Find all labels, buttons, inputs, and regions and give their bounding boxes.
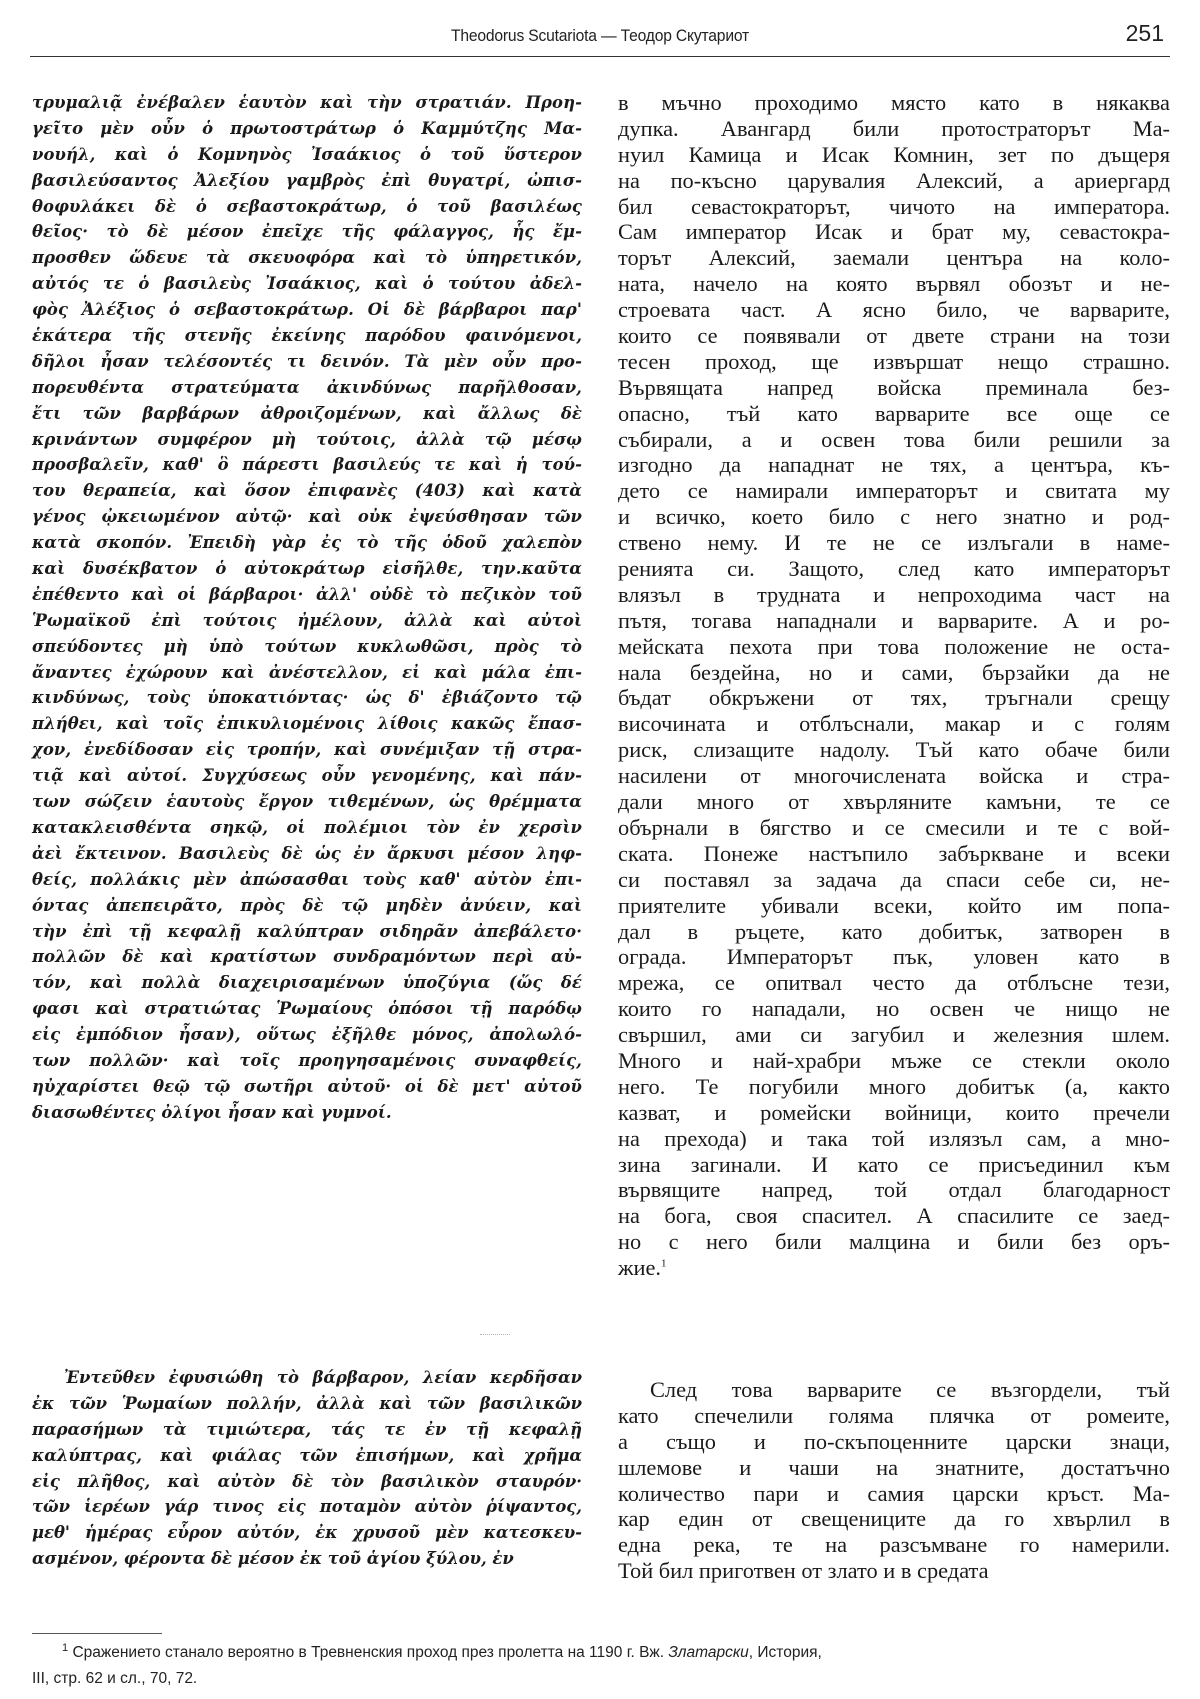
- text-line: си поставял за задача да спаси себе си, …: [618, 867, 1170, 893]
- text-line: ἀεὶ ἔκτεινον. Βασιλεὺς δὲ ὡς ἐν ἄρκυσι μ…: [32, 841, 582, 867]
- text-line: μεθ' ἡμέρας εὗρον αὐτόν, ἐκ χρυσοῦ μὲν κ…: [32, 1520, 582, 1546]
- text-line: γένος ᾠκειωμένον αὐτῷ· καὶ οὐκ ἐψεύσθησα…: [32, 504, 582, 530]
- footnote-line-1: 1 Сражението станало вероятно в Тревненс…: [32, 1641, 1172, 1667]
- text-line: κατακλεισθέντα σηκῷ, οἱ πολέμιοι τὸν ἐν …: [32, 815, 582, 841]
- text-line: и всичко, което било с него знатно и род…: [618, 504, 1170, 530]
- text-line: ἑκάτερα τῆς στενῆς ἐκείνης παρόδου φαινό…: [32, 323, 582, 349]
- text-line: ствено нему. И те не се излъгали в наме-: [618, 530, 1170, 556]
- text-line: него. Те погубили много добитък (а, какт…: [618, 1074, 1170, 1100]
- text-line: τῶν ἱερέων γάρ τινος εἰς ποταμὸν αὐτὸν ῥ…: [32, 1494, 582, 1520]
- text-line: Ῥωμαϊκοῦ ἐπὶ τούτοις ἠμέλουν, ἀλλὰ καὶ α…: [32, 608, 582, 634]
- footnote: 1 Сражението станало вероятно в Тревненс…: [32, 1641, 1172, 1693]
- text-line: των πολλῶν· καὶ τοῖς προηγησαμένοις συνα…: [32, 1048, 582, 1074]
- text-line: на по-късно царувалия Алексий, а ариерга…: [618, 168, 1170, 194]
- text-line: дето се намирали императорът и свитата м…: [618, 478, 1170, 504]
- text-line: в мъчно проходимо място като в някаква: [618, 90, 1170, 116]
- text-line: πολλῶν δὲ καὶ κρατίστων συνδραμόντων περ…: [32, 944, 582, 970]
- text-line: όντας ἀπεπειρᾶτο, πρὸς δὲ τῷ μηδὲν ἀνύει…: [32, 893, 582, 919]
- text-line: които се появявали от двете страни на то…: [618, 323, 1170, 349]
- text-line: ската. Понеже настъпило забъркване и все…: [618, 841, 1170, 867]
- text-line: Ἐντεῦθεν ἐφυσιώθη τὸ βάρβαρον, λείαν κερ…: [32, 1365, 582, 1391]
- print-artifact: [480, 1328, 510, 1335]
- text-line: ἄναντες ἐχώρουν καὶ ἀνέστελλον, εἰ καὶ μ…: [32, 660, 582, 686]
- greek-text-paragraph-2: Ἐντεῦθεν ἐφυσιώθη τὸ βάρβαρον, λείαν κερ…: [32, 1365, 582, 1572]
- text-line: кар един от свещениците да го хвърлил в: [618, 1506, 1170, 1532]
- text-line: χον, ἐνεδίδοσαν εἰς τροπήν, καὶ συνέμιξα…: [32, 737, 582, 763]
- footnote-reference: 1: [661, 1258, 667, 1270]
- text-line: φασι καὶ στρατιώτας Ῥωμαίους ὁπόσοι τῇ π…: [32, 996, 582, 1022]
- text-line: κρινάντων συμφέρον μὴ τούτοις, ἀλλὰ τῷ μ…: [32, 427, 582, 453]
- text-line: а също и по-скъпоценните царски знаци,: [618, 1429, 1170, 1455]
- text-line: казват, и ромейски войници, които пречел…: [618, 1100, 1170, 1126]
- text-line: дупка. Авангард били протостраторът Ма-: [618, 116, 1170, 142]
- text-line: τόν, καὶ πολλὰ διαχειρισαμένων ὑποζύγια …: [32, 970, 582, 996]
- text-line: Много и най-храбри мъже се стекли около: [618, 1048, 1170, 1074]
- text-line: παρασήμων τὰ τιμιώτερα, τάς τε ἐν τῇ κεφ…: [32, 1417, 582, 1443]
- text-line: του θεραπεία, καὶ ὅσον ἐπιφανὲς (403) κα…: [32, 478, 582, 504]
- text-line: ἐκ τῶν Ῥωμαίων πολλήν, ἀλλὰ καὶ τῶν βασι…: [32, 1391, 582, 1417]
- text-line: количество пари и самия царски кръст. Ма…: [618, 1481, 1170, 1507]
- text-line: αὐτός τε ὁ βασιλεὺς Ἰσαάκιος, καὶ ὁ τούτ…: [32, 271, 582, 297]
- text-line: шлемове и чаши на знатните, достатъчно: [618, 1455, 1170, 1481]
- text-line: ηὐχαρίστει θεῷ τῷ σωτῆρι αὐτοῦ· οἱ δὲ με…: [32, 1074, 582, 1100]
- text-line: бъдат обкръжени от тях, тръгнали срещу: [618, 685, 1170, 711]
- footnote-line-2: III, стр. 62 и сл., 70, 72.: [32, 1667, 1172, 1693]
- text-line: свършил, ами си загубил и железния шлем.: [618, 1022, 1170, 1048]
- text-line: Той бил приготвен от злато и в средата: [618, 1558, 1170, 1584]
- text-line: торът Алексий, заемали центъра на коло-: [618, 245, 1170, 271]
- running-title: Theodorus Scutariota — Теодор Скутариот: [76, 26, 1125, 46]
- text-line: които го нападали, но освен че нищо не: [618, 996, 1170, 1022]
- text-line: зина загинали. И като се присъединил към: [618, 1152, 1170, 1178]
- text-line: βασιλεύσαντος Ἀλεξίου γαμβρὸς ἐπὶ θυγατρ…: [32, 168, 582, 194]
- text-line: риск, слизащите надолу. Тъй като обаче б…: [618, 737, 1170, 763]
- text-line: θοφυλάκει δὲ ὁ σεβαστοκράτωρ, ὁ τοῦ βασι…: [32, 194, 582, 220]
- text-line: мейската пехота при това положение не ос…: [618, 634, 1170, 660]
- text-line: изгодно да нападнат не тях, а центъра, к…: [618, 452, 1170, 478]
- text-line: опасно, тъй като варварите все още се: [618, 401, 1170, 427]
- text-line: като спечелили голяма плячка от ромеите,: [618, 1403, 1170, 1429]
- text-line: височината и отблъснали, макар и с голям: [618, 711, 1170, 737]
- text-line: τιᾷ καὶ αὐτοί. Συγχύσεως οὖν γενομένης, …: [32, 763, 582, 789]
- text-line: мрежа, се опитвал често да отблъсне тези…: [618, 970, 1170, 996]
- text-line: нуил Камица и Исак Комнин, зет по дъщеря: [618, 142, 1170, 168]
- text-line: ασμένον, φέροντα δὲ μέσον ἐκ τοῦ ἁγίου ξ…: [32, 1546, 582, 1572]
- text-line: θεῖος· τὸ δὲ μέσον ἐπεῖχε τῆς φάλαγγος, …: [32, 219, 582, 245]
- text-line: ренията си. Защото, след като императоръ…: [618, 556, 1170, 582]
- text-line: пътя, тогава нападнали и варварите. А и …: [618, 608, 1170, 634]
- text-line: ната, начело на която вървял обозът и не…: [618, 271, 1170, 297]
- text-line: τρυμαλιᾷ ἐνέβαλεν ἑαυτὸν καὶ τὴν στρατιά…: [32, 90, 582, 116]
- text-line: приятелите убивали всеки, който им попа-: [618, 893, 1170, 919]
- text-line: строевата част. А ясно било, че варварит…: [618, 297, 1170, 323]
- text-line: След това варварите се възгордели, тъй: [618, 1377, 1170, 1403]
- footnote-text-tail: , История,: [749, 1644, 822, 1661]
- text-line: εἰς ἐμπόδιον ἦσαν), οὕτως ἐξῆλθε μόνος, …: [32, 1022, 582, 1048]
- text-line: бил севастократорът, чичото на император…: [618, 194, 1170, 220]
- text-line: νουήλ, καὶ ὁ Κομνηνὸς Ἰσαάκιος ὁ τοῦ ὕστ…: [32, 142, 582, 168]
- text-line: Вървящата напред войска преминала без-: [618, 375, 1170, 401]
- text-line: една река, те на разсъмване го намерили.: [618, 1532, 1170, 1558]
- running-header: Theodorus Scutariota — Теодор Скутариот …: [30, 20, 1170, 60]
- text-line: тесен проход, ще извършат нещо страшно.: [618, 349, 1170, 375]
- text-line: φὸς Ἀλέξιος ὁ σεβαστοκράτωρ. Οἱ δὲ βάρβα…: [32, 297, 582, 323]
- text-line: но с него били малцина и били без оръ-: [618, 1229, 1170, 1255]
- text-line: дал в ръцете, като добитък, затворен в: [618, 919, 1170, 945]
- greek-text-column: τρυμαλιᾷ ἐνέβαλεν ἑαυτὸν καὶ τὴν στρατιά…: [32, 90, 582, 1126]
- text-line: προσθεν ὥδευε τὰ σκευοφόρα καὶ τὸ ὑπηρετ…: [32, 245, 582, 271]
- text-line: влязъл в трудната и непроходима част на: [618, 582, 1170, 608]
- text-line: των σώζειν ἑαυτοὺς ἔργον τιθεμένων, ὡς θ…: [32, 789, 582, 815]
- footnote-marker: 1: [62, 1642, 68, 1654]
- text-line: γεῖτο μὲν οὖν ὁ πρωτοστράτωρ ὁ Καμμύτζης…: [32, 116, 582, 142]
- text-line: на прехода) и така той излязъл сам, а мн…: [618, 1126, 1170, 1152]
- text-line: на бога, своя спасител. А спасилите се з…: [618, 1203, 1170, 1229]
- bulgarian-translation-paragraph-2: След това варварите се възгордели, тъйка…: [618, 1377, 1170, 1584]
- text-line: κατὰ σκοπόν. Ἐπειδὴ γὰρ ἐς τὸ τῆς ὁδοῦ χ…: [32, 530, 582, 556]
- footnote-rule: [32, 1633, 162, 1634]
- text-line: τὴν ἐπὶ τῇ κεφαλῇ καλύπτραν σιδηρᾶν ἀπεβ…: [32, 919, 582, 945]
- text-line: вървящите напред, той отдал благодарност: [618, 1177, 1170, 1203]
- text-line: προσβαλεῖν, καθ' ὃ πάρεστι βασιλεύς τε κ…: [32, 452, 582, 478]
- text-line: жие.1: [618, 1255, 1170, 1281]
- text-line: καὶ δυσέκβατον ὁ αὐτοκράτωρ εἰσῆλθε, την…: [32, 556, 582, 582]
- text-line: дали много от хвърляните камъни, те се: [618, 789, 1170, 815]
- text-line: нала бездейна, но и сами, бързайки да не: [618, 660, 1170, 686]
- text-line: εἰς πλῆθος, καὶ αὐτὸν δὲ τὸν βασιλικὸν σ…: [32, 1469, 582, 1495]
- text-line: Сам император Исак и брат му, севастокра…: [618, 219, 1170, 245]
- text-line: θείς, πολλάκις μὲν ἀπώσασθαι τοὺς καθ' α…: [32, 867, 582, 893]
- text-line: ἐπέθεντο καὶ οἱ βάρβαροι· ἀλλ' οὐδὲ τὸ π…: [32, 582, 582, 608]
- text-line: насилени от многочислената войска и стра…: [618, 763, 1170, 789]
- text-line: πλήθει, καὶ τοῖς ἐπικυλιομένοις λίθοις κ…: [32, 711, 582, 737]
- text-line: събирали, а и освен това били решили за: [618, 427, 1170, 453]
- header-rule: [30, 56, 1170, 57]
- page-number: 251: [1126, 20, 1164, 47]
- footnote-author: Златарски: [668, 1644, 748, 1661]
- bulgarian-translation-column: в мъчно проходимо място като в някакваду…: [618, 90, 1170, 1281]
- text-line: обърнали в бягство и се смесили и те с в…: [618, 815, 1170, 841]
- text-line: κινδύνως, τοὺς ὑποκατιόντας· ὡς δ' ἐβιάζ…: [32, 685, 582, 711]
- text-line: ограда. Императорът пък, уловен като в: [618, 944, 1170, 970]
- text-line: σπεύδοντες μὴ ὑπὸ τούτων κυκλωθῶσι, πρὸς…: [32, 634, 582, 660]
- text-line: διασωθέντες ὀλίγοι ἦσαν καὶ γυμνοί.: [32, 1100, 582, 1126]
- text-line: πορευθέντα στρατεύματα ἀκινδύνως παρῆλθο…: [32, 375, 582, 401]
- text-line: δῆλοι ἦσαν τελέσοντές τι δεινόν. Τὰ μὲν …: [32, 349, 582, 375]
- footnote-text: Сражението станало вероятно в Тревненски…: [72, 1644, 664, 1661]
- text-line: ἔτι τῶν βαρβάρων ἀθροιζομένων, καὶ ἄλλως…: [32, 401, 582, 427]
- text-line: καλύπτρας, καὶ φιάλας τῶν ἐπισήμων, καὶ …: [32, 1443, 582, 1469]
